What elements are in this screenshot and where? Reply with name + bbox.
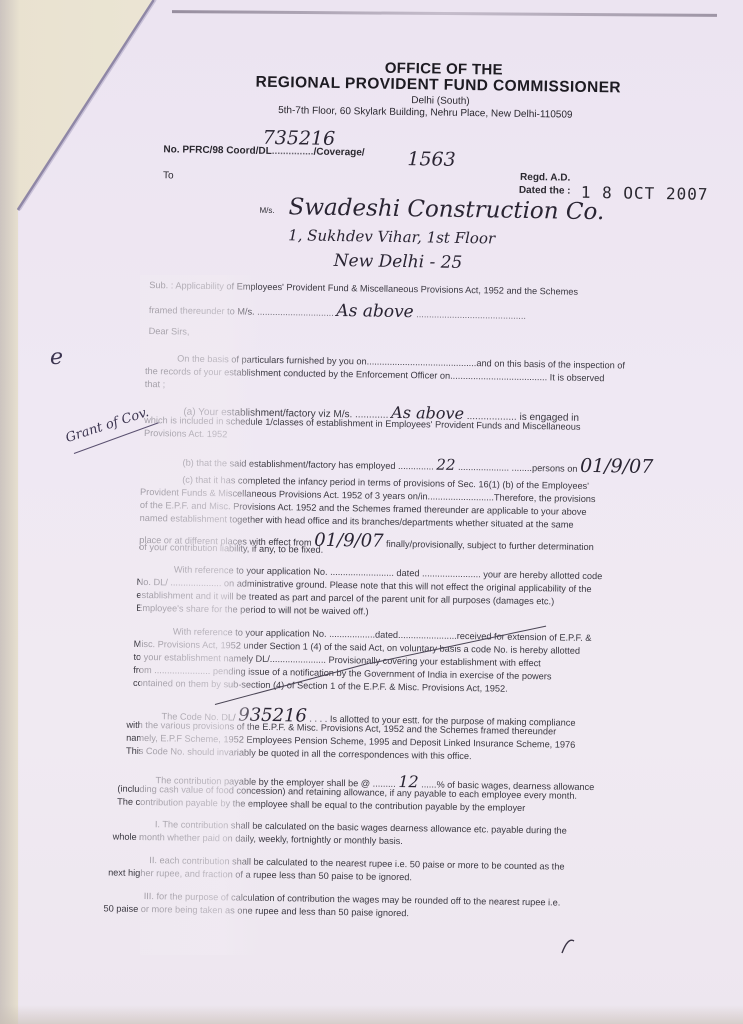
letter-document: OFFICE OF THE REGIONAL PROVIDENT FUND CO…	[0, 0, 743, 1024]
employee-count-date: 01/9/07	[580, 455, 654, 478]
subject-handwritten-name: As above	[336, 301, 414, 322]
subject-trail-dots: ........................................…	[416, 309, 526, 321]
subject-prefix: framed thereunder to M/s.	[149, 305, 255, 317]
reference-number: No. PFRC/98 Coord/DL.............../Cove…	[163, 144, 364, 158]
clause-b-trail: .................... ........persons on	[458, 462, 578, 474]
subject-line-1: Sub. : Applicability of Employees' Provi…	[149, 280, 578, 297]
addressee-line-3: New Delhi - 25	[334, 251, 463, 273]
header-commissioner: REGIONAL PROVIDENT FUND COMMISSIONER	[255, 74, 621, 98]
employee-count: 22	[436, 456, 455, 474]
addressee-line-2: 1, Sukhdev Vihar, 1st Floor	[288, 226, 495, 247]
clause-a-line-3: Provisions Act. 1952	[144, 428, 227, 439]
reference-2-line-5: contained on them by sub-section (4) of …	[133, 678, 508, 694]
salutation: Dear Sirs,	[149, 326, 190, 337]
margin-initial: e	[50, 345, 63, 370]
to-label: To	[163, 170, 174, 181]
code-line-4: This Code No. should invariably be quote…	[126, 746, 472, 761]
clause-c-line-6: of your contribution liability, if any, …	[139, 542, 323, 555]
handwritten-coverage-number: 1563	[407, 148, 456, 171]
header-address: 5th-7th Floor, 60 Skylark Building, Nehr…	[278, 105, 573, 121]
reference-1-line-4: Employee's share for the period to will …	[136, 603, 369, 617]
clause-b-line: (b) that the said establishment/factory …	[182, 449, 653, 478]
subject-line-2: framed thereunder to M/s. ..............…	[149, 298, 526, 324]
reference-dots: ...............	[272, 146, 314, 158]
addressee-name: Swadeshi Construction Co.	[288, 194, 604, 225]
ms-label: M/s.	[259, 206, 274, 215]
signature-tick-icon	[560, 935, 580, 955]
subject-dots: ..............................	[257, 307, 334, 318]
coverage-label: /Coverage/	[313, 147, 364, 159]
header-region: Delhi (South)	[411, 95, 470, 107]
intro-line-3: that ;	[145, 379, 166, 389]
rule-ii-line-2: next higher rupee, and fraction of a rup…	[108, 867, 412, 882]
clause-c-trail: finally/provisionally, subject to furthe…	[386, 539, 594, 552]
rule-i-line-2: whole month whether paid on daily, weekl…	[113, 832, 403, 847]
rule-iii-line-2: 50 paise or more being taken as one rupe…	[103, 903, 409, 918]
registered-ad-label: Regd. A.D.	[520, 172, 570, 184]
dated-label: Dated the :	[519, 185, 571, 197]
scan-bottom-edge	[0, 1005, 743, 1024]
reference-prefix: No. PFRC/98 Coord/DL	[163, 144, 272, 157]
effective-date: 01/9/07	[314, 530, 384, 552]
clause-b-prefix: (b) that the said establishment/factory …	[182, 458, 433, 472]
